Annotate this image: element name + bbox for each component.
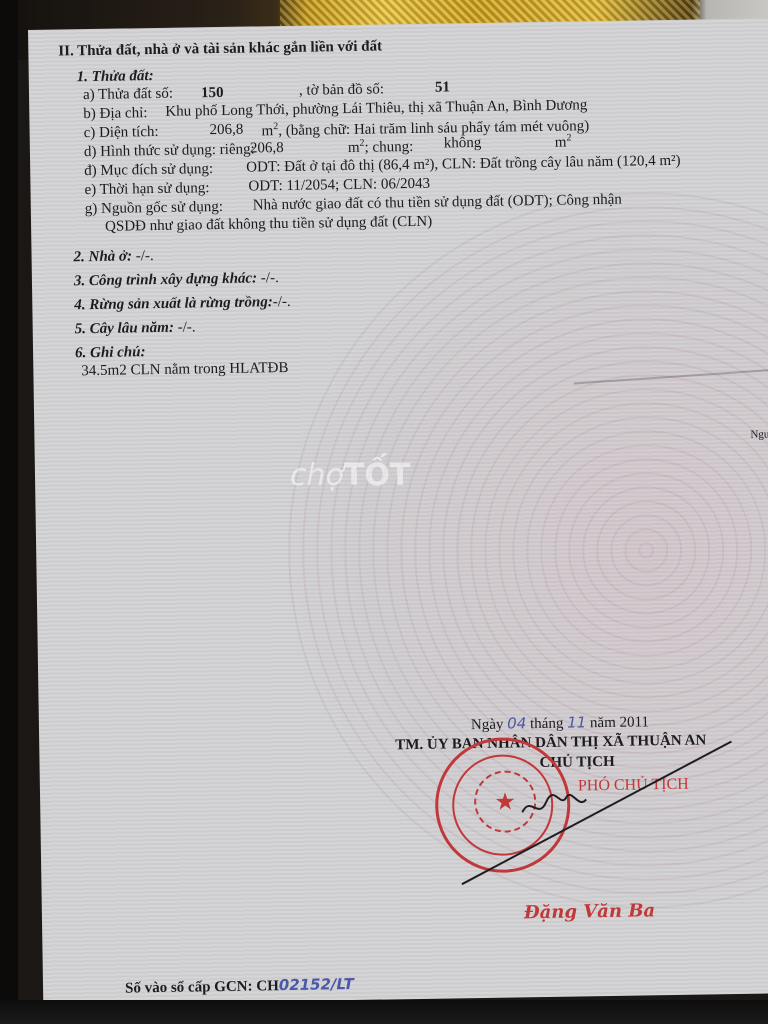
issuing-authority: TM. ỦY BAN NHÂN DÂN THỊ XÃ THUẬN AN — [395, 732, 706, 754]
other-construction-heading: 3. Công trình xây dựng khác: — [74, 270, 257, 289]
shared-area: không — [444, 135, 482, 153]
parcel-heading: 1. Thửa đất: — [77, 68, 154, 86]
private-area: 206,8 — [250, 140, 284, 158]
parcel-number: 150 — [201, 85, 224, 102]
registry-label: Số vào sổ cấp GCN: — [125, 979, 253, 997]
house-value: -/-. — [136, 248, 154, 264]
registry-number: 02152/LT — [279, 975, 354, 994]
origin-label: g) Nguồn gốc sử dụng: — [85, 199, 223, 218]
production-forest-heading: 4. Rừng sản xuất là rừng trồng: — [74, 294, 273, 313]
date-month: 11 — [567, 713, 586, 731]
private-unit: m — [348, 140, 360, 156]
notes-value: 34.5m2 CLN nằm trong HLATĐB — [81, 360, 288, 380]
address-label: b) Địa chỉ: — [83, 105, 147, 123]
date-prefix: Ngày — [471, 717, 504, 734]
map-sheet-number: 51 — [435, 79, 450, 96]
registry-prefix: CH — [256, 978, 279, 994]
shared-unit: m — [555, 135, 567, 151]
land-certificate-page: II. Thửa đất, nhà ở và tài sản khác gắn … — [28, 18, 768, 1005]
shared-label: ; chung: — [364, 139, 413, 156]
usage-form-label: d) Hình thức sử dụng: riêng: — [84, 141, 255, 161]
origin-line-1: Nhà nước giao đất có thu tiền sử dụng đấ… — [253, 192, 622, 215]
chotot-watermark: chợTỐT — [290, 458, 410, 493]
signer-name: Đặng Văn Ba — [524, 900, 656, 923]
production-forest-value: -/-. — [273, 294, 291, 310]
land-use-purpose-label: đ) Mục đích sử dụng: — [84, 161, 213, 180]
section-title: II. Thửa đất, nhà ở và tài sản khác gắn … — [58, 38, 382, 60]
year-label: năm 2011 — [590, 714, 649, 731]
house-heading: 2. Nhà ở: — [73, 248, 132, 265]
month-label: tháng — [530, 716, 564, 733]
perennial-trees-value: -/-. — [178, 319, 196, 335]
usage-term-label: e) Thời hạn sử dụng: — [84, 180, 209, 199]
dark-edge — [0, 0, 18, 1024]
area-label: c) Diện tích: — [84, 124, 159, 142]
parcel-number-label: a) Thửa đất số: — [83, 86, 173, 104]
margin-text-fragment: Nguyễ — [750, 428, 768, 440]
date-day: 04 — [507, 714, 526, 732]
map-sheet-label: , tờ bản đồ số: — [299, 81, 384, 99]
other-construction-value: -/-. — [261, 270, 279, 286]
photo-bottom-edge — [0, 1000, 768, 1024]
area-in-words: , (bằng chữ: Hai trăm linh sáu phẩy tám … — [278, 118, 589, 139]
signature-icon — [520, 789, 590, 820]
notes-heading: 6. Ghi chú: — [75, 344, 146, 362]
perennial-trees-heading: 5. Cây lâu năm: — [75, 320, 174, 338]
area-unit: m — [261, 123, 273, 139]
area-value: 206,8 — [209, 122, 243, 140]
land-use-purpose: ODT: Đất ở tại đô thị (86,4 m²), CLN: Đấ… — [246, 153, 681, 177]
usage-term: ODT: 11/2054; CLN: 06/2043 — [248, 176, 430, 196]
